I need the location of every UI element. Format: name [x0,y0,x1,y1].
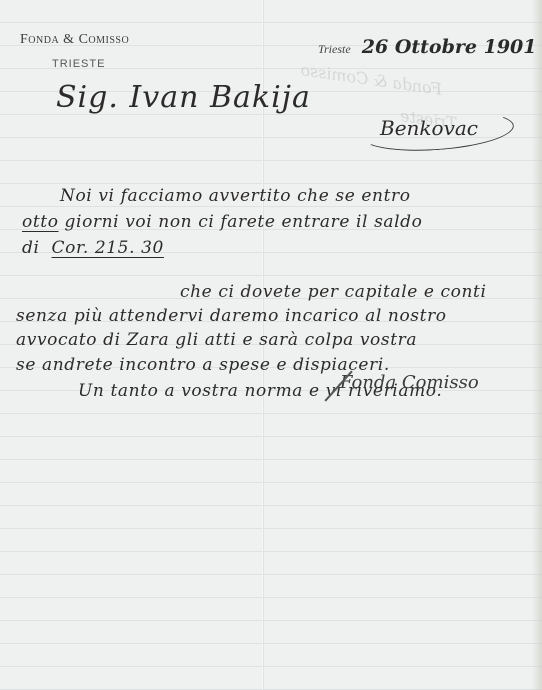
dateline-date: 26 Ottobre 1901 [362,36,537,58]
body-line-4: che ci dovete per capitale e conti [180,282,487,302]
paper-edge [532,0,542,690]
body-line-2: otto giorni voi non ci farete entrare il… [22,212,423,232]
dateline-place: Trieste [318,42,351,56]
show-through-text: Fonda & Comisso [299,60,443,99]
amount-due: Cor. 215. 30 [52,238,164,258]
body-line-5: senza più attendervi daremo incarico al … [16,306,447,326]
body-line-3: di Cor. 215. 30 [22,238,164,258]
body-line-7: se andrete incontro a spese e dispiaceri… [16,355,390,375]
dateline: Trieste 26 Ottobre 1901 [318,36,536,58]
addressee-name: Sig. Ivan Bakija [56,80,311,115]
body-line-6: avvocato di Zara gli atti e sarà colpa v… [16,330,417,350]
body-line-1: Noi vi facciamo avvertito che se entro [60,186,411,206]
body-line-2-rest: giorni voi non ci farete entrare il sald… [59,212,423,232]
letter-page: Fonda & Comisso Trieste Fonda & Comisso … [0,0,542,690]
body-line-3-prefix: di [22,238,52,258]
letterhead-city: TRIESTE [52,58,105,70]
addressee-place: Benkovac [380,116,478,140]
letterhead-firm-name: Fonda & Comisso [20,32,129,48]
underlined-word: otto [22,212,59,232]
signature: Fonda Comisso [340,372,479,393]
